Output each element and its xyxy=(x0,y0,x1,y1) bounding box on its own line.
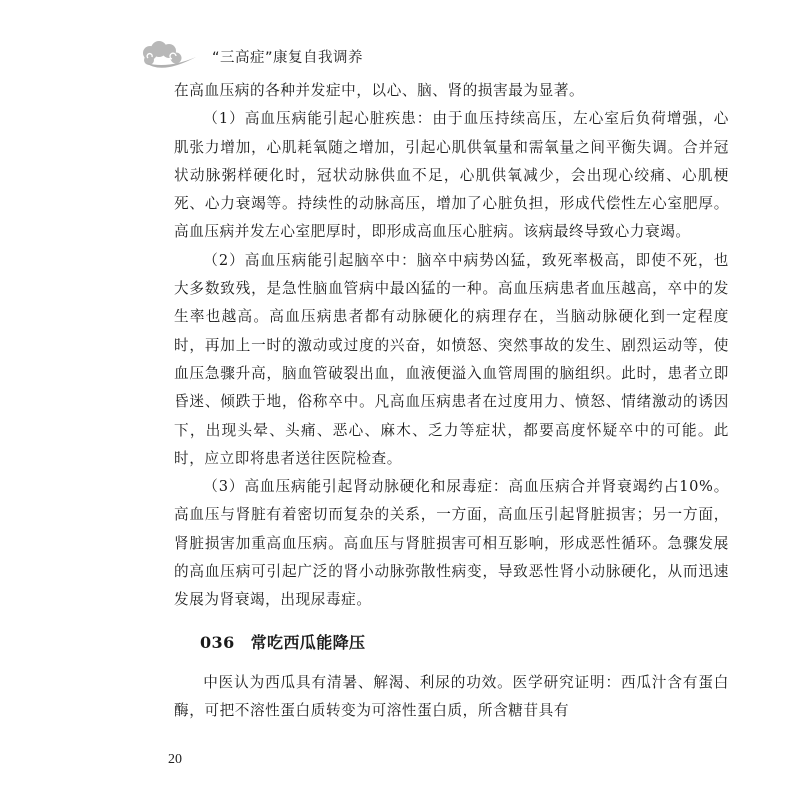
running-title: “三高症”康复自我调养 xyxy=(212,46,363,67)
paragraph-heart-disease: （1）高血压病能引起心脏疾患：由于血压持续高压，左心室后负荷增强，心肌张力增加，… xyxy=(174,105,729,246)
page-header: “三高症”康复自我调养 xyxy=(138,36,363,76)
paragraph-kidney-disease: （3）高血压病能引起肾动脉硬化和尿毒症：高血压病合并肾衰竭约占10%。高血压与肾… xyxy=(174,473,729,614)
cloud-ornament-icon xyxy=(138,39,200,73)
page-number: 20 xyxy=(168,752,182,768)
paragraph-watermelon: 中医认为西瓜具有清暑、解渴、利尿的功效。医学研究证明：西瓜汁含有蛋白酶，可把不溶… xyxy=(174,669,729,726)
page-body: 在高血压病的各种并发症中，以心、脑、肾的损害最为显著。 （1）高血压病能引起心脏… xyxy=(174,77,729,726)
section-number: 036 xyxy=(200,633,235,652)
paragraph-stroke: （2）高血压病能引起脑卒中：脑卒中病势凶猛，致死率极高，即使不死，也大多数致残，… xyxy=(174,247,729,473)
section-title: 常吃西瓜能降压 xyxy=(251,633,366,652)
paragraph-intro: 在高血压病的各种并发症中，以心、脑、肾的损害最为显著。 xyxy=(174,77,729,105)
section-heading: 036常吃西瓜能降压 xyxy=(200,629,729,657)
